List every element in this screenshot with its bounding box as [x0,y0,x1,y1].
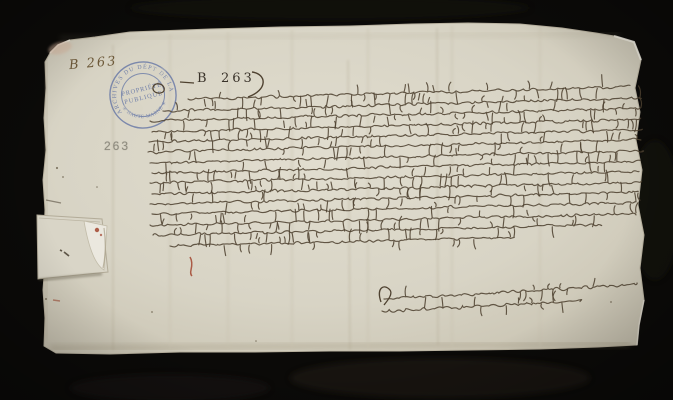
seal-tongue-flap [37,215,108,280]
stamp-fade-blotch [123,102,143,114]
margin-number-stamp: 263 [104,139,130,153]
stamp-fade-blotch [150,67,166,77]
shelfmark-center-number: 263 [221,71,255,86]
red-wax-speck [95,228,99,232]
shelfmark-center-letter: B [197,71,207,86]
photograph-stage: ARCHIVES DU DÉPT DE LA ✳ HAUTE-MARNE ✳ P… [0,0,673,400]
